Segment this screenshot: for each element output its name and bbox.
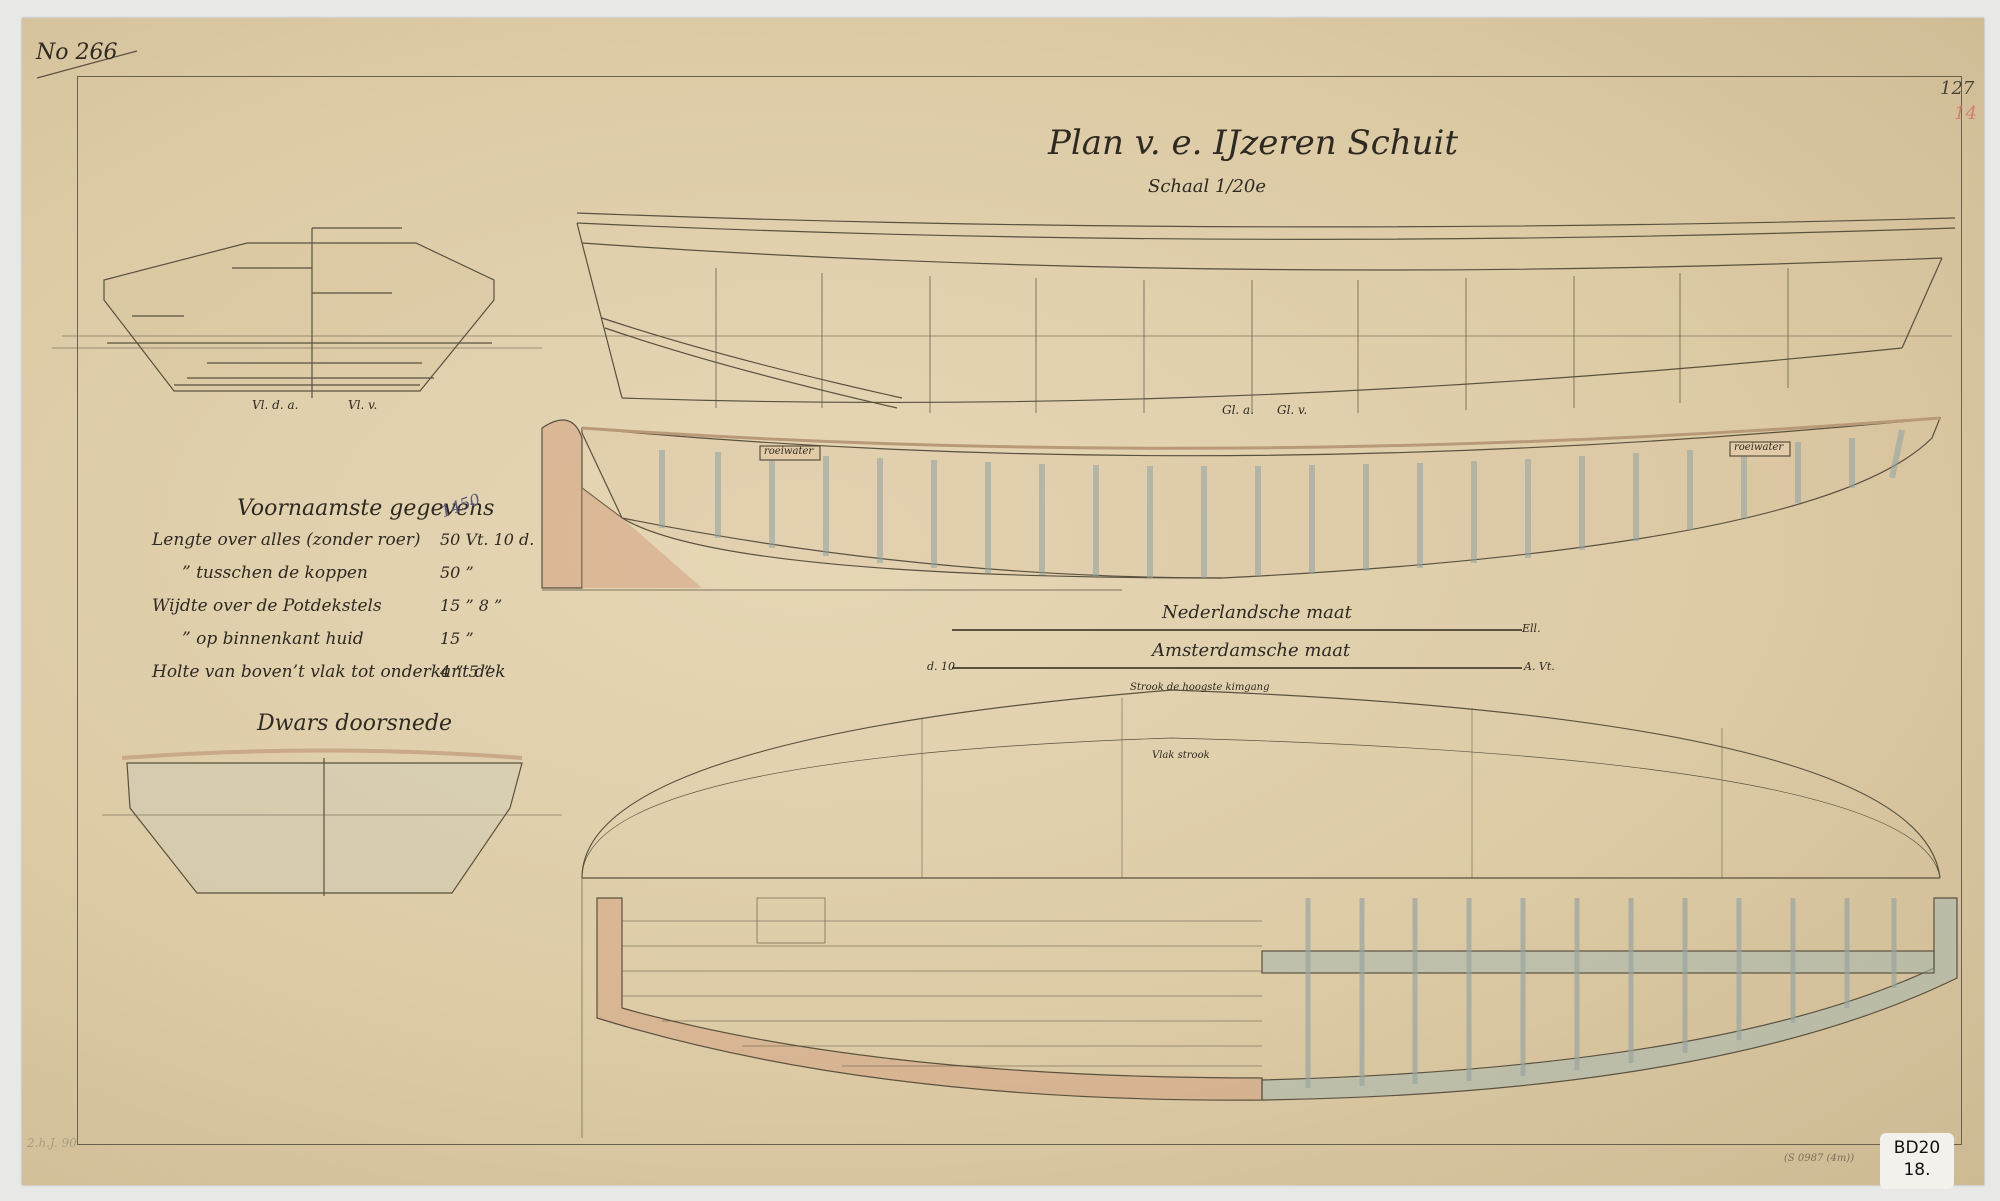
scale-amsterdamsche-left: d. 10 xyxy=(927,660,955,673)
faint-stamp-left: 2.h.J. 90 xyxy=(27,1136,77,1150)
plan-label-kimgang: Strook de hoogste kimgang xyxy=(1130,682,1270,693)
plan-view-drawing xyxy=(582,690,1957,1138)
scale-nederlandsche-unit: Ell. xyxy=(1522,622,1541,635)
dimensions-row: ” tusschen de koppen 50 ” xyxy=(152,563,572,591)
drawing-sheet: No 266 127 14 Plan v. e. IJzeren Schuit … xyxy=(22,18,1984,1185)
catalog-label-line-2: 18. xyxy=(1880,1159,1954,1181)
scale-nederlandsche-title: Nederlandsche maat xyxy=(1162,602,1352,623)
construction-label-2: roeiwater xyxy=(1734,442,1783,453)
drawing-title: Plan v. e. IJzeren Schuit xyxy=(1048,123,1458,163)
faint-stamp: (S 0987 (4m)) xyxy=(1784,1153,1854,1164)
cross-section-heading: Dwars doorsnede xyxy=(257,711,452,736)
construction-label-1: roeiwater xyxy=(764,446,813,457)
catalog-label: BD20 18. xyxy=(1880,1133,1954,1189)
drawing-scale: Schaal 1/20e xyxy=(1148,176,1266,197)
body-plan-label-fore: Vl. v. xyxy=(348,398,377,412)
scale-amsterdamsche-unit: A. Vt. xyxy=(1524,660,1555,673)
dimensions-row: Lengte over alles (zonder roer) 50 Vt. 1… xyxy=(152,530,572,558)
dimensions-row: Wijdte over de Potdekstels 15 ” 8 ” xyxy=(152,596,572,624)
scale-amsterdamsche-title: Amsterdamsche maat xyxy=(1152,640,1350,661)
dimensions-row: Holte van boven’t vlak tot onderkant dek… xyxy=(152,662,572,690)
archive-ref-top-right: 127 xyxy=(1940,78,1974,99)
dimensions-row: ” op binnenkant huid 15 ” xyxy=(152,629,572,657)
cross-section-drawing xyxy=(102,751,562,897)
profile-label-aft: Gl. a. xyxy=(1222,403,1254,417)
catalog-label-line-1: BD20 xyxy=(1880,1137,1954,1159)
body-plan-label-aft: Vl. d. a. xyxy=(252,398,298,412)
archive-ref-red: 14 xyxy=(1954,103,1977,124)
plan-label-vlak: Vlak strook xyxy=(1152,750,1210,761)
archive-ref-top-left: No 266 xyxy=(36,40,117,65)
construction-drawing xyxy=(542,418,1940,590)
body-plan-drawing xyxy=(52,228,542,398)
profile-label-fore: Gl. v. xyxy=(1277,403,1307,417)
